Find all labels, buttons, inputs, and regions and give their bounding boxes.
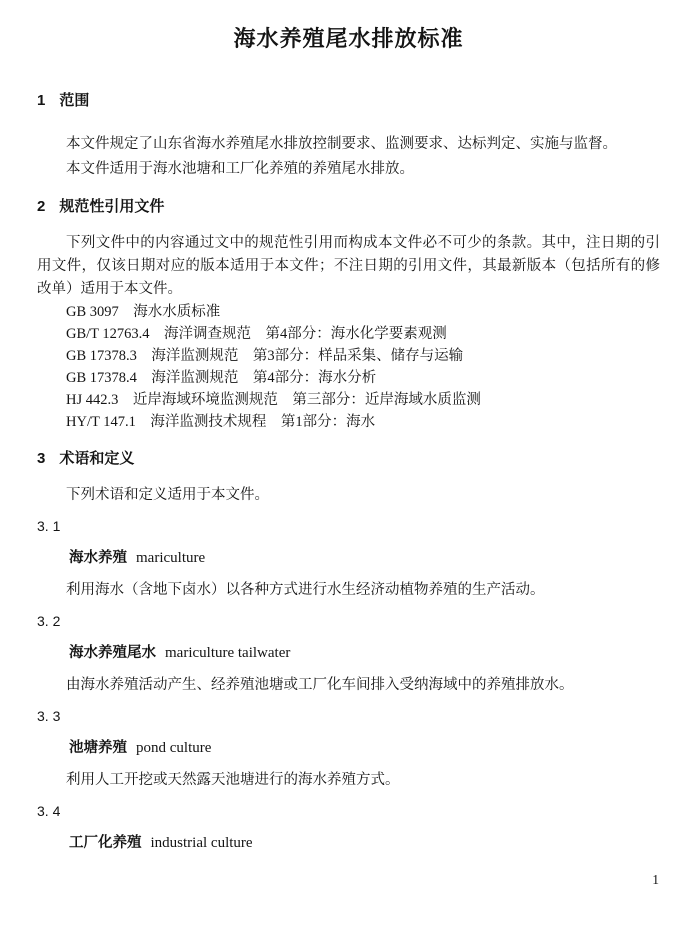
section-3-number: 3 <box>37 450 45 467</box>
terms-intro-paragraph: 下列术语和定义适用于本文件。 <box>37 483 660 508</box>
section-2-title: 规范性引用文件 <box>59 198 164 215</box>
term-number: 3. 1 <box>37 516 660 536</box>
term-definition: 利用人工开挖或天然露天池塘进行的海水养殖方式。 <box>37 768 660 793</box>
section-3-title: 术语和定义 <box>59 450 134 467</box>
reference-item: HY/T 147.1 海洋监测技术规程 第1部分：海水 <box>37 411 660 433</box>
term-name: 工厂化养殖industrial culture <box>37 832 660 854</box>
reference-item: GB 3097 海水水质标准 <box>37 301 660 323</box>
term-english: pond culture <box>136 740 211 756</box>
term-english: mariculture <box>136 550 205 566</box>
term-3-1: 3. 1 海水养殖mariculture 利用海水（含地下卤水）以各种方式进行水… <box>37 516 660 603</box>
reference-item: GB/T 12763.4 海洋调查规范 第4部分：海水化学要素观测 <box>37 323 660 345</box>
section-1-body: 本文件规定了山东省海水养殖尾水排放控制要求、监测要求、达标判定、实施与监督。 本… <box>37 132 660 182</box>
reference-item: HJ 442.3 近岸海域环境监测规范 第三部分：近岸海域水质监测 <box>37 389 660 411</box>
section-2-heading: 2规范性引用文件 <box>37 196 660 217</box>
references-intro-paragraph: 下列文件中的内容通过文中的规范性引用而构成本文件必不可少的条款。其中，注日期的引… <box>37 232 660 301</box>
term-3-2: 3. 2 海水养殖尾水mariculture tailwater 由海水养殖活动… <box>37 611 660 698</box>
section-1-number: 1 <box>37 92 45 109</box>
term-english: mariculture tailwater <box>165 645 290 661</box>
term-definition: 利用海水（含地下卤水）以各种方式进行水生经济动植物养殖的生产活动。 <box>37 578 660 603</box>
term-english: industrial culture <box>151 835 253 851</box>
term-3-4: 3. 4 工厂化养殖industrial culture <box>37 801 660 854</box>
term-chinese: 海水养殖 <box>69 550 127 566</box>
section-1-heading: 1范围 <box>37 90 660 111</box>
term-chinese: 池塘养殖 <box>69 740 127 756</box>
section-1-title: 范围 <box>59 92 89 109</box>
page-number: 1 <box>652 872 659 888</box>
normative-references-list: GB 3097 海水水质标准 GB/T 12763.4 海洋调查规范 第4部分：… <box>37 301 660 433</box>
scope-paragraph-2: 本文件适用于海水池塘和工厂化养殖的养殖尾水排放。 <box>37 157 660 182</box>
term-name: 海水养殖尾水mariculture tailwater <box>37 642 660 664</box>
term-name: 海水养殖mariculture <box>37 547 660 569</box>
term-number: 3. 3 <box>37 706 660 726</box>
term-chinese: 海水养殖尾水 <box>69 645 156 661</box>
section-3-heading: 3术语和定义 <box>37 448 660 469</box>
reference-item: GB 17378.4 海洋监测规范 第4部分：海水分析 <box>37 367 660 389</box>
term-definition: 由海水养殖活动产生、经养殖池塘或工厂化车间排入受纳海域中的养殖排放水。 <box>37 673 660 698</box>
section-2-number: 2 <box>37 198 45 215</box>
document-title: 海水养殖尾水排放标准 <box>37 0 660 53</box>
term-chinese: 工厂化养殖 <box>69 835 142 851</box>
document-page: 海水养殖尾水排放标准 1范围 本文件规定了山东省海水养殖尾水排放控制要求、监测要… <box>0 0 697 925</box>
scope-paragraph-1: 本文件规定了山东省海水养殖尾水排放控制要求、监测要求、达标判定、实施与监督。 <box>37 132 660 157</box>
term-number: 3. 2 <box>37 611 660 631</box>
reference-item: GB 17378.3 海洋监测规范 第3部分：样品采集、储存与运输 <box>37 345 660 367</box>
term-3-3: 3. 3 池塘养殖pond culture 利用人工开挖或天然露天池塘进行的海水… <box>37 706 660 793</box>
term-number: 3. 4 <box>37 801 660 821</box>
term-name: 池塘养殖pond culture <box>37 737 660 759</box>
